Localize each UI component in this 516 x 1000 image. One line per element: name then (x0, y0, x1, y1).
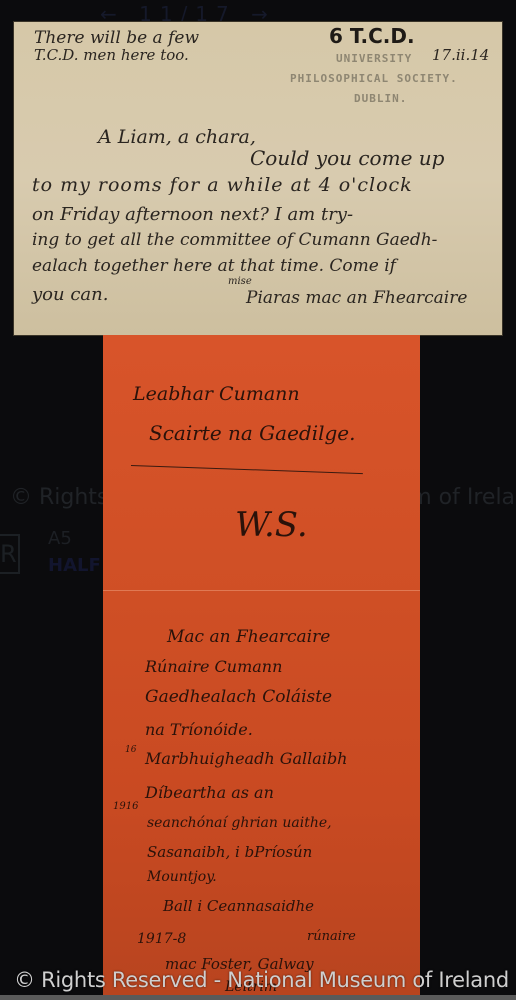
note-line-8: Sasanaibh, i bPríosún (147, 843, 312, 861)
note-line-5: Marbhuigheadh Gallaibh (145, 749, 347, 768)
body-line-3: on Friday afternoon next? I am try- (32, 204, 353, 225)
heading-line-1: Leabhar Cumann (133, 383, 300, 405)
note-line-2: Rúnaire Cumann (145, 657, 282, 676)
body-line-1: Could you come up (250, 146, 444, 170)
stamp-university: UNIVERSITY (336, 52, 412, 65)
postcard: There will be a few T.C.D. men here too.… (14, 22, 502, 335)
heading-line-2: Scairte na Gaedilge. (149, 421, 356, 445)
heading-underline (131, 465, 363, 474)
salutation: A Liam, a chara, (98, 126, 256, 148)
stamp-dublin: DUBLIN. (354, 92, 407, 105)
margin-note-1916: 1916 (113, 801, 138, 812)
note-line-7: seanchónaí ghrian uaithe, (147, 815, 332, 831)
note-line-3: Gaedhealach Coláiste (145, 687, 332, 707)
ghost-label-half: HALF (48, 555, 101, 576)
paper-fold-line (103, 590, 420, 591)
note-line-6: Díbeartha as an (145, 783, 274, 802)
letter-date: 17.ii.14 (432, 46, 489, 64)
copyright-watermark: © Rights Reserved - National Museum of I… (14, 968, 509, 992)
signature: Piaras mac an Fhearcaire (246, 288, 467, 308)
body-line-6: you can. (32, 284, 108, 305)
ghost-label-a5: A5 (48, 528, 72, 549)
note-line-12: rúnaire (307, 929, 356, 944)
stamp-society: PHILOSOPHICAL SOCIETY. (290, 72, 458, 85)
ghost-logo-box: R (0, 534, 20, 574)
postscript-line-1: There will be a few (34, 28, 199, 48)
body-line-2: to my rooms for a while at 4 o'clock (32, 174, 413, 196)
note-line-10: Ball i Ceannasaidhe (163, 897, 314, 915)
initials: W.S. (235, 505, 308, 545)
note-line-11: 1917-8 (137, 931, 186, 947)
postscript-line-2: T.C.D. men here too. (34, 46, 189, 64)
body-line-4: ing to get all the committee of Cumann G… (32, 230, 437, 250)
bottom-edge-bar (0, 995, 516, 1000)
margin-note-16: 16 (125, 745, 136, 755)
note-line-9: Mountjoy. (147, 869, 217, 885)
signoff-prefix: mise (228, 276, 252, 287)
note-line-1: Mac an Fhearcaire (167, 627, 330, 647)
address-line: 6 T.C.D. (329, 24, 415, 48)
note-line-4: na Tríonóide. (145, 720, 253, 739)
orange-note-sheet: Leabhar Cumann Scairte na Gaedilge. W.S.… (103, 335, 420, 995)
body-line-5: ealach together here at that time. Come … (32, 256, 396, 276)
